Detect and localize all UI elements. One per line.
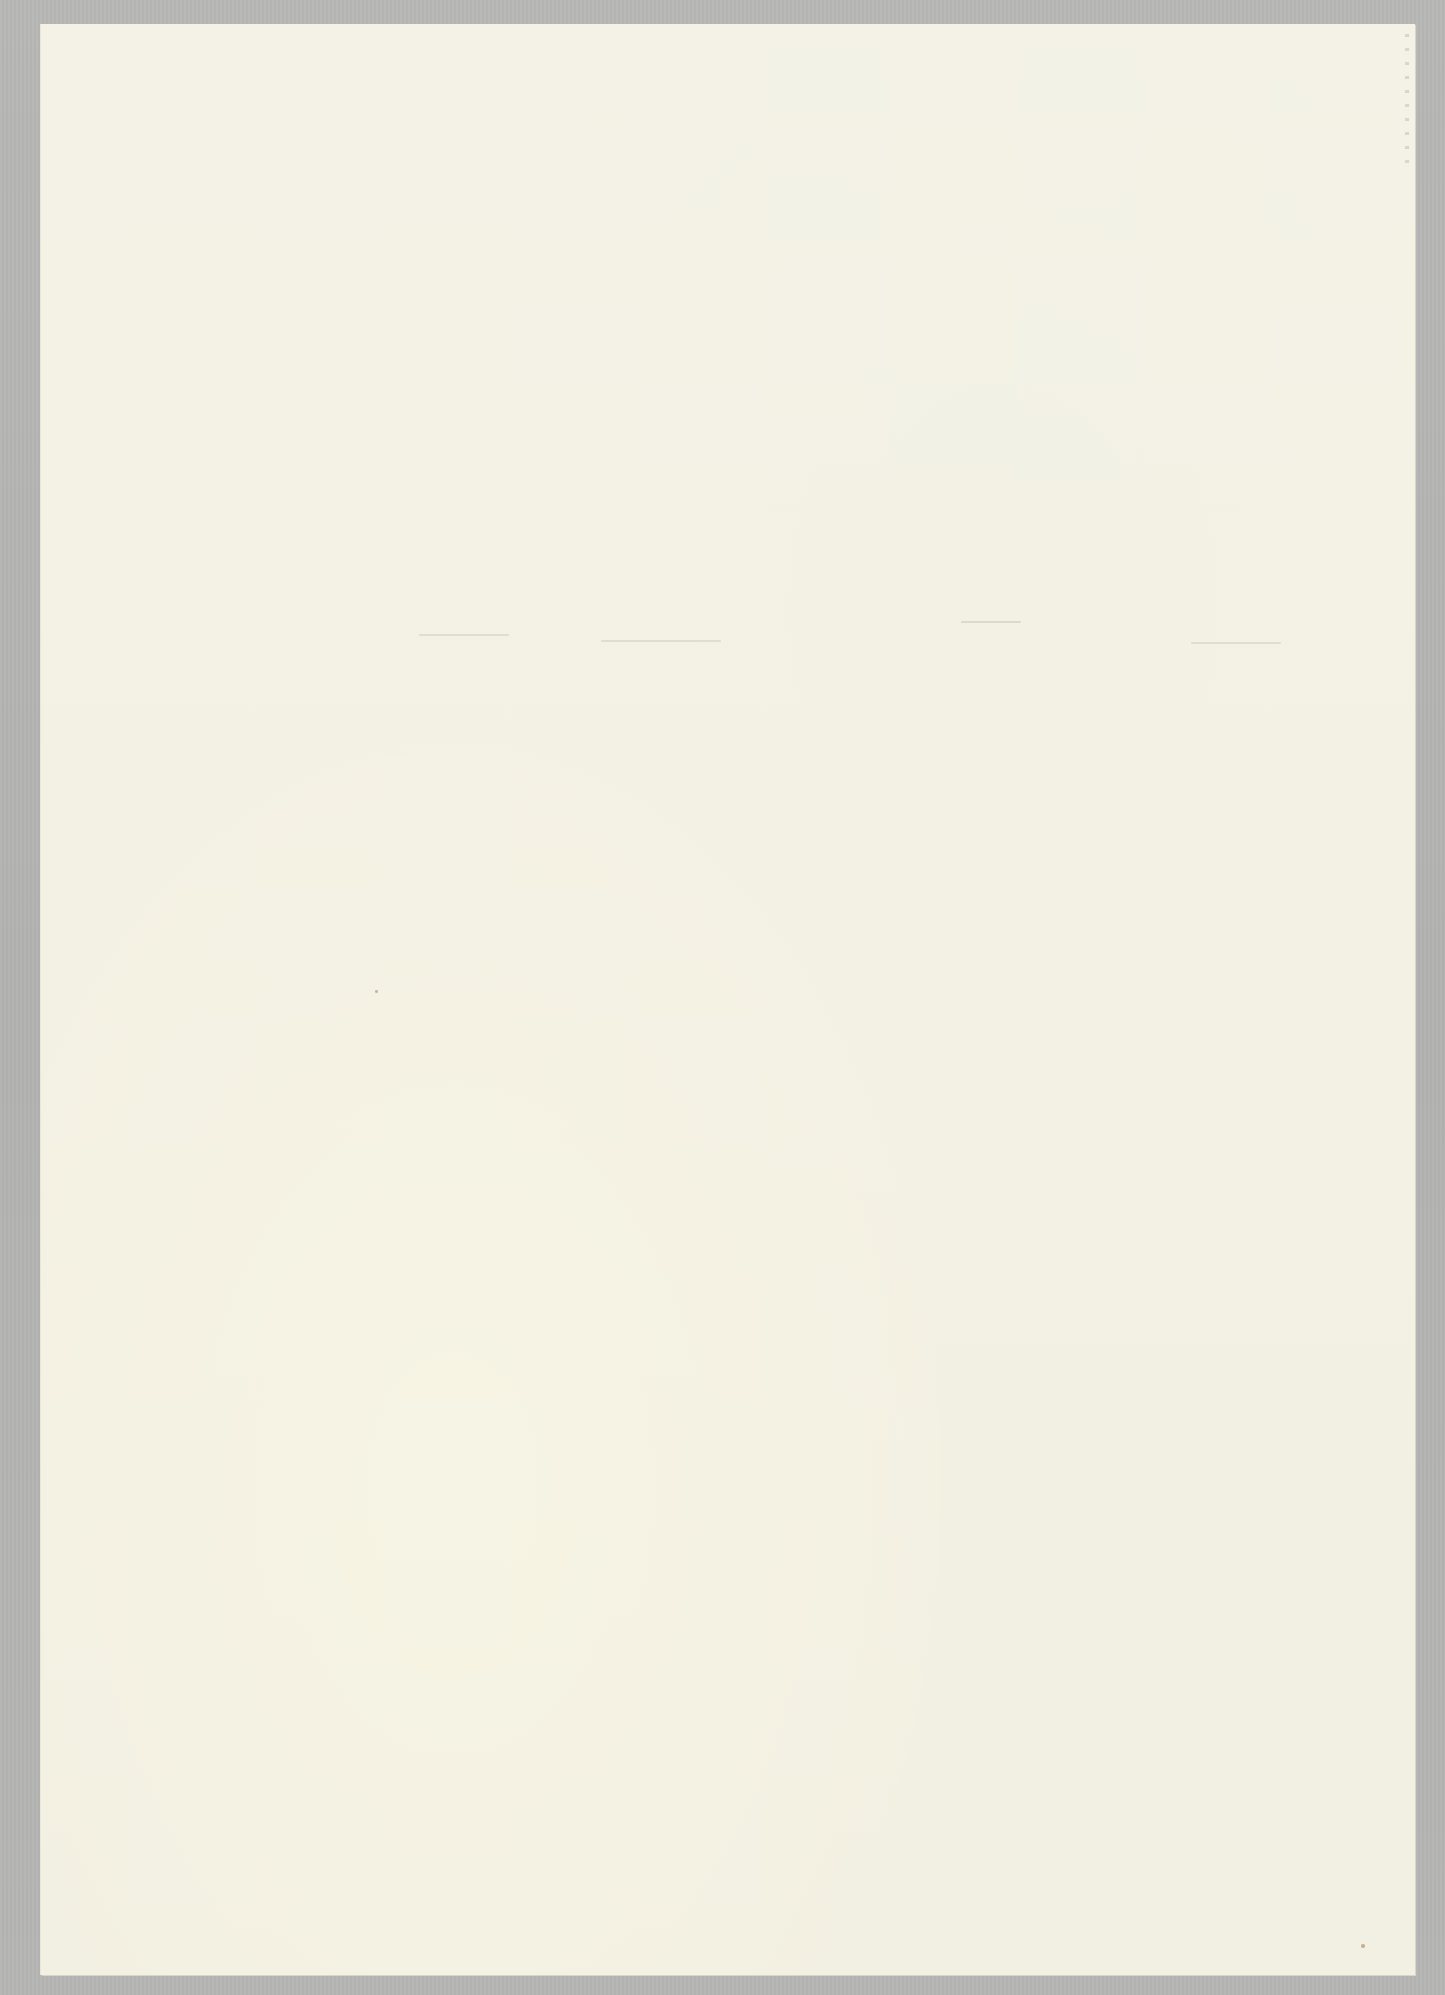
edge-marks xyxy=(1405,34,1409,164)
dust-speck xyxy=(1361,1944,1365,1948)
fold-mark xyxy=(961,621,1021,623)
fold-mark xyxy=(419,634,509,636)
blank-paper-page xyxy=(41,24,1415,1975)
fold-mark xyxy=(1191,642,1281,644)
dust-speck xyxy=(375,990,378,993)
fold-mark xyxy=(601,640,721,642)
